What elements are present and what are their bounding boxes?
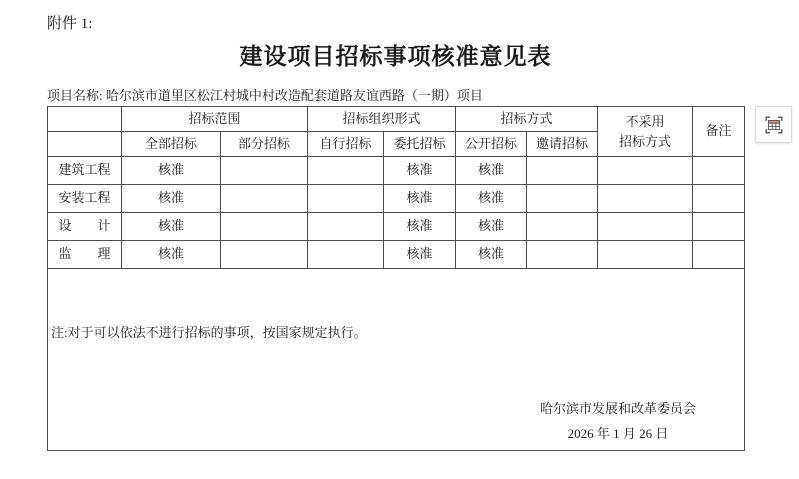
- cell: 核准: [384, 185, 456, 213]
- cell: [527, 185, 598, 213]
- cell: [598, 213, 693, 241]
- cell: 核准: [122, 157, 221, 185]
- cell: [598, 241, 693, 269]
- cell: 核准: [456, 213, 527, 241]
- cell: [527, 213, 598, 241]
- cell: 核准: [384, 241, 456, 269]
- subheader-partial-bidding: 部分招标: [221, 132, 308, 157]
- cell: 核准: [122, 185, 221, 213]
- header-no-bidding-method: 不采用 招标方式: [598, 107, 693, 157]
- header-remarks: 备注: [693, 107, 745, 157]
- cell: [693, 185, 745, 213]
- signature-date: 2026 年 1 月 26 日: [540, 421, 696, 446]
- cell: [221, 213, 308, 241]
- table-row-note-signature: 注:对于可以依法不进行招标的事项，按国家规定执行。 哈尔滨市发展和改革委员会 2…: [48, 269, 745, 451]
- cell: [693, 157, 745, 185]
- page-title: 建设项目招标事项核准意见表: [47, 38, 744, 71]
- cell: 核准: [456, 157, 527, 185]
- cell: [308, 157, 384, 185]
- header-row-groups: 招标范围 招标组织形式 招标方式 不采用 招标方式 备注: [48, 107, 745, 132]
- cell: [598, 157, 693, 185]
- cell: 核准: [384, 213, 456, 241]
- table-capture-icon: [763, 114, 785, 136]
- subheader-entrusted-bidding: 委托招标: [384, 132, 456, 157]
- cell: 核准: [122, 241, 221, 269]
- header-group-bidding-scope: 招标范围: [122, 107, 308, 132]
- header-no-bidding-line1: 不采用: [598, 112, 692, 132]
- table-capture-button[interactable]: [755, 106, 792, 143]
- header-corner-cell: [48, 107, 122, 132]
- table-row-supervision: 监 理 核准 核准 核准: [48, 241, 745, 269]
- cell: [308, 213, 384, 241]
- approval-table: 招标范围 招标组织形式 招标方式 不采用 招标方式 备注 全部招标 部分招标 自…: [47, 106, 745, 451]
- note-signature-cell: 注:对于可以依法不进行招标的事项，按国家规定执行。 哈尔滨市发展和改革委员会 2…: [48, 269, 745, 451]
- signature-block: 哈尔滨市发展和改革委员会 2026 年 1 月 26 日: [540, 396, 696, 446]
- row-label: 设 计: [48, 213, 122, 241]
- header-no-bidding-line2: 招标方式: [598, 132, 692, 152]
- header-group-organization-form: 招标组织形式: [308, 107, 456, 132]
- table-row-installation: 安装工程 核准 核准 核准: [48, 185, 745, 213]
- subheader-invited-bidding: 邀请招标: [527, 132, 598, 157]
- table-row-construction: 建筑工程 核准 核准 核准: [48, 157, 745, 185]
- row-label: 安装工程: [48, 185, 122, 213]
- attachment-label: 附件 1:: [47, 12, 92, 33]
- subheader-self-bidding: 自行招标: [308, 132, 384, 157]
- cell: [693, 241, 745, 269]
- cell: [308, 241, 384, 269]
- subheader-open-bidding: 公开招标: [456, 132, 527, 157]
- table-row-design: 设 计 核准 核准 核准: [48, 213, 745, 241]
- cell: [221, 185, 308, 213]
- cell: [693, 213, 745, 241]
- signature-authority: 哈尔滨市发展和改革委员会: [540, 396, 696, 421]
- project-name-line: 项目名称: 哈尔滨市道里区松江村城中村改造配套道路友谊西路（一期）项目: [47, 85, 483, 104]
- cell: [308, 185, 384, 213]
- cell: [221, 157, 308, 185]
- cell: [527, 157, 598, 185]
- cell: 核准: [122, 213, 221, 241]
- header-corner-cell-2: [48, 132, 122, 157]
- cell: 核准: [456, 185, 527, 213]
- header-group-bidding-method: 招标方式: [456, 107, 598, 132]
- cell: [598, 185, 693, 213]
- row-label: 监 理: [48, 241, 122, 269]
- cell: [221, 241, 308, 269]
- cell: 核准: [456, 241, 527, 269]
- subheader-all-bidding: 全部招标: [122, 132, 221, 157]
- cell: 核准: [384, 157, 456, 185]
- cell: [527, 241, 598, 269]
- note-text: 注:对于可以依法不进行招标的事项，按国家规定执行。: [51, 325, 367, 341]
- row-label: 建筑工程: [48, 157, 122, 185]
